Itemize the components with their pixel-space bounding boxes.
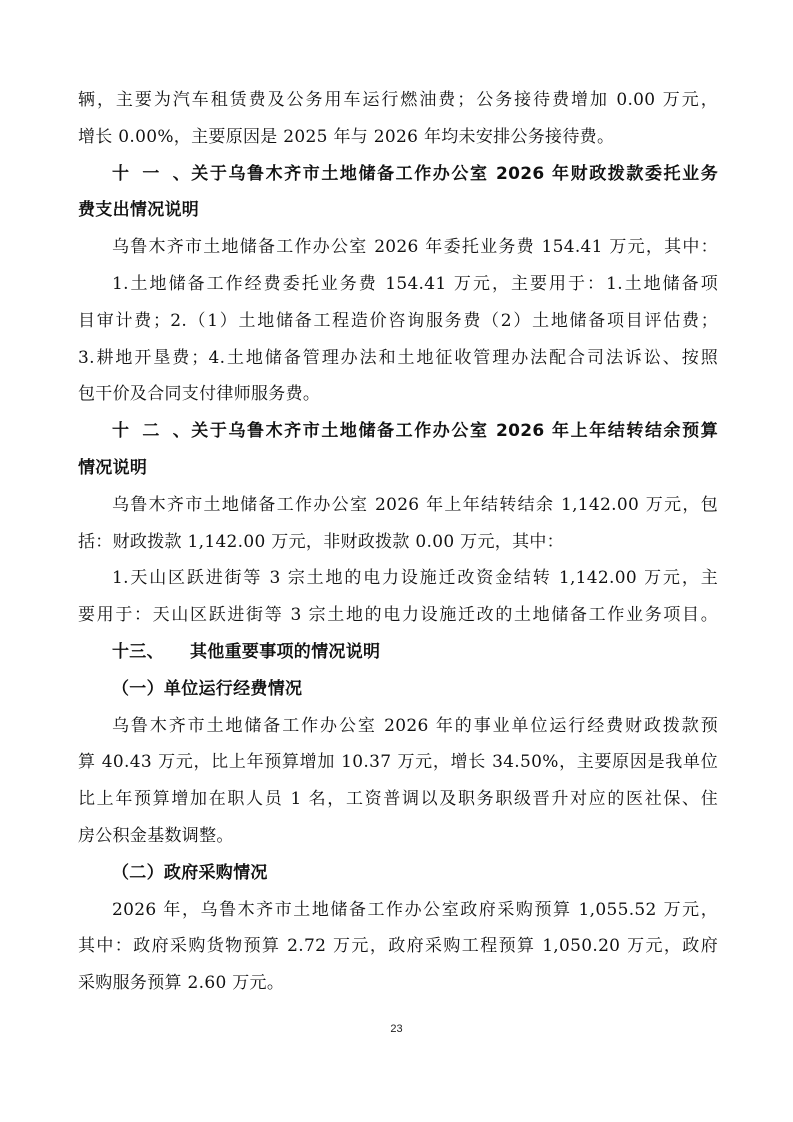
paragraph-line: 算 40.43 万元，比上年预算增加 10.37 万元，增长 34.50%，主要… [78, 744, 718, 781]
paragraph-line: 增长 0.00%，主要原因是 2025 年与 2026 年均未安排公务接待费。 [78, 119, 718, 156]
section-number: 十二、 [112, 413, 190, 450]
paragraph-line: 括：财政拨款 1,142.00 万元，非财政拨款 0.00 万元，其中： [78, 524, 718, 561]
paragraph-line: 要用于：天山区跃进街等 3 宗土地的电力设施迁改的土地储备工作业务项目。 [78, 597, 718, 634]
document-page: 辆，主要为汽车租赁费及公务用车运行燃油费；公务接待费增加 0.00 万元， 增长… [78, 82, 718, 1002]
paragraph-line: 包干价及合同支付律师服务费。 [78, 376, 718, 413]
paragraph-line: 辆，主要为汽车租赁费及公务用车运行燃油费；公务接待费增加 0.00 万元， [78, 82, 718, 119]
section-number: 十一、 [112, 156, 190, 193]
paragraph-line: 房公积金基数调整。 [78, 818, 718, 855]
section-heading-11: 十一、关于乌鲁木齐市土地储备工作办公室 2026 年财政拨款委托业务 [78, 156, 718, 193]
section-heading-cont: 情况说明 [78, 450, 718, 487]
paragraph-line: 乌鲁木齐市土地储备工作办公室 2026 年上年结转结余 1,142.00 万元，… [78, 487, 718, 524]
paragraph-line: 乌鲁木齐市土地储备工作办公室 2026 年的事业单位运行经费财政拨款预 [78, 708, 718, 745]
section-heading-12: 十二、关于乌鲁木齐市土地储备工作办公室 2026 年上年结转结余预算 [78, 413, 718, 450]
section-number: 十三、 [112, 634, 190, 671]
section-heading-13: 十三、其他重要事项的情况说明 [78, 634, 718, 671]
paragraph-line: 采购服务预算 2.60 万元。 [78, 965, 718, 1002]
paragraph-line: 2026 年，乌鲁木齐市土地储备工作办公室政府采购预算 1,055.52 万元， [78, 892, 718, 929]
section-title: 关于乌鲁木齐市土地储备工作办公室 2026 年上年结转结余预算 [190, 421, 718, 441]
section-title: 关于乌鲁木齐市土地储备工作办公室 2026 年财政拨款委托业务 [190, 164, 718, 184]
section-title: 其他重要事项的情况说明 [190, 642, 380, 662]
paragraph-line: 1.天山区跃进街等 3 宗土地的电力设施迁改资金结转 1,142.00 万元，主 [78, 560, 718, 597]
subheading-operating-costs: （一）单位运行经费情况 [78, 671, 718, 708]
paragraph-line: 乌鲁木齐市土地储备工作办公室 2026 年委托业务费 154.41 万元，其中： [78, 229, 718, 266]
section-heading-cont: 费支出情况说明 [78, 192, 718, 229]
paragraph-line: 比上年预算增加在职人员 1 名，工资普调以及职务职级晋升对应的医社保、住 [78, 781, 718, 818]
paragraph-line: 其中：政府采购货物预算 2.72 万元，政府采购工程预算 1,050.20 万元… [78, 928, 718, 965]
paragraph-line: 3.耕地开垦费；4.土地储备管理办法和土地征收管理办法配合司法诉讼、按照 [78, 340, 718, 377]
paragraph-line: 目审计费；2.（1）土地储备工程造价咨询服务费（2）土地储备项目评估费； [78, 303, 718, 340]
paragraph-line: 1.土地储备工作经费委托业务费 154.41 万元，主要用于：1.土地储备项 [78, 266, 718, 303]
subheading-procurement: （二）政府采购情况 [78, 855, 718, 892]
page-number: 23 [0, 1023, 793, 1035]
